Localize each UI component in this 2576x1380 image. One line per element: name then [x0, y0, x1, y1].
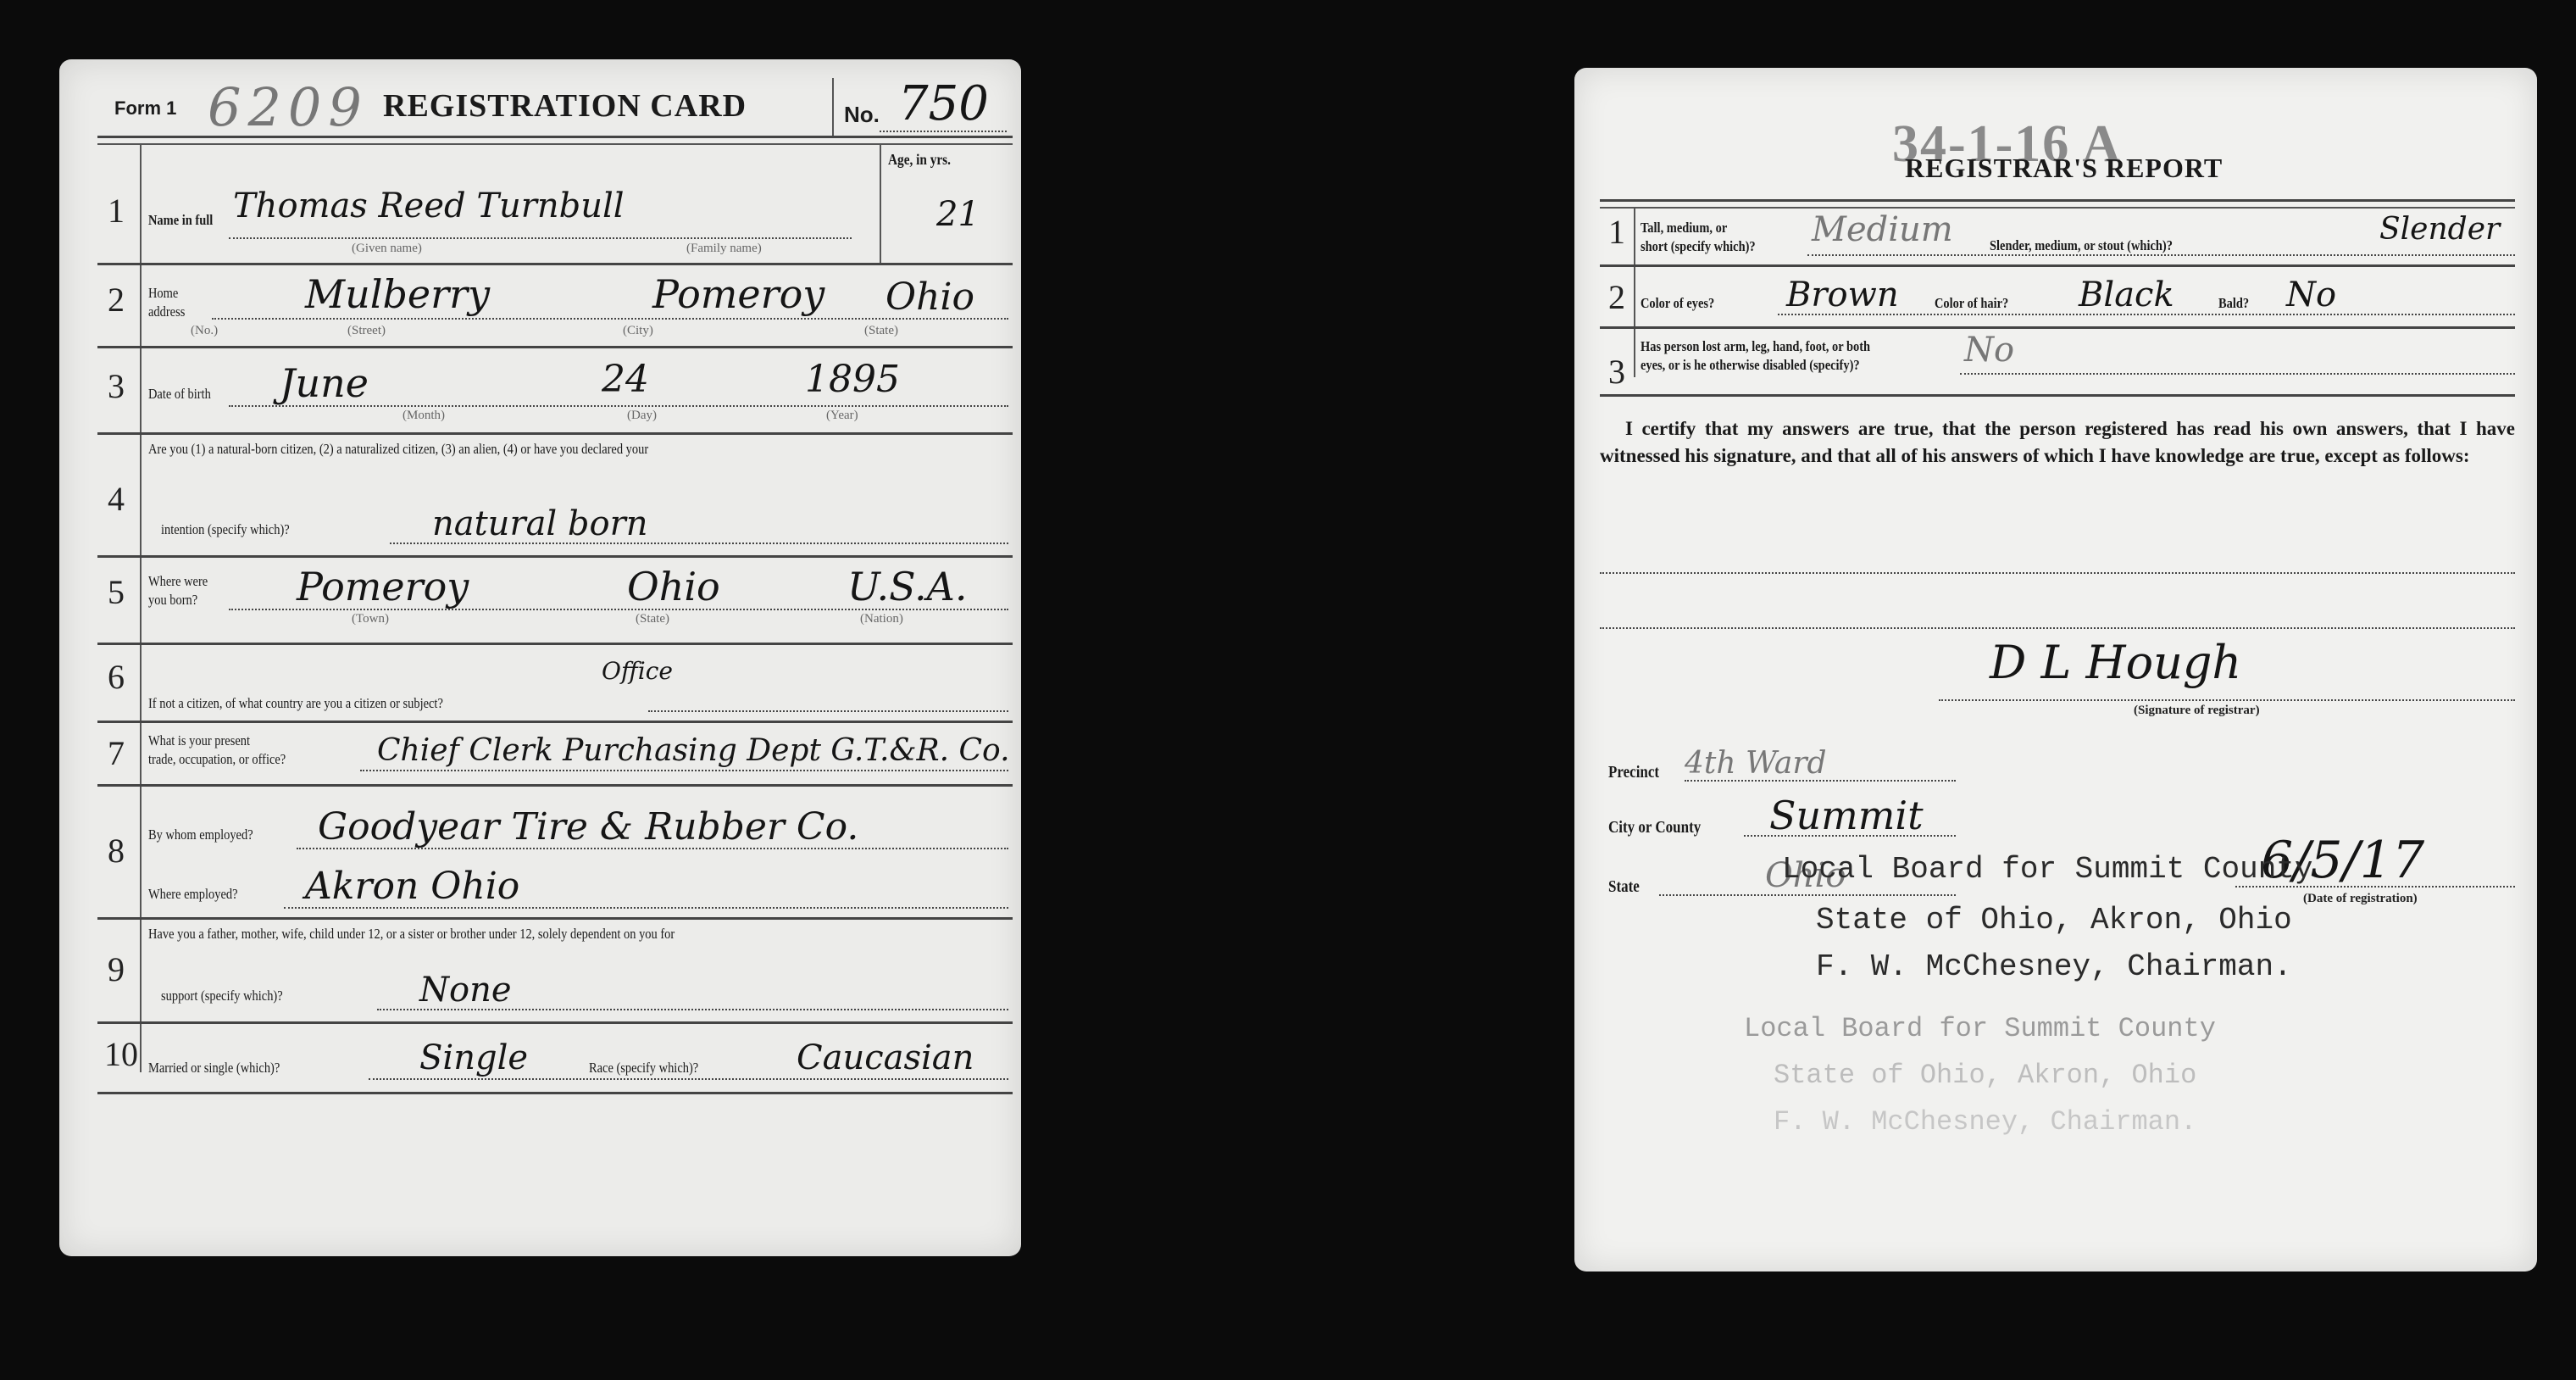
registrars-report-card: 34-1-16 A REGISTRAR'S REPORT 1 Tall, med…: [1574, 68, 2537, 1271]
bald-value: No: [2286, 275, 2336, 314]
precinct-value: 4th Ward: [1685, 746, 1827, 781]
bald-label: Bald?: [2218, 295, 2249, 312]
faint-stamp-line-3: F. W. McChesney, Chairman.: [1774, 1106, 2196, 1138]
eye-color-label: Color of eyes?: [1641, 295, 1714, 312]
hair-color-value: Black: [2079, 275, 2174, 314]
row-number: 1: [1608, 212, 1625, 252]
registrar-caption: (Signature of registrar): [2134, 704, 2260, 718]
board-stamp-line-2: State of Ohio, Akron, Ohio: [1816, 903, 2292, 938]
faint-stamp-line-2: State of Ohio, Akron, Ohio: [1774, 1060, 2196, 1091]
board-stamp-line-1: Local Board for Summit County: [1782, 852, 2313, 887]
board-stamp-line-3: F. W. McChesney, Chairman.: [1816, 949, 2292, 984]
front-card-lower-section: [59, 59, 1021, 1256]
precinct-label: Precinct: [1608, 763, 1659, 782]
report-title: REGISTRAR'S REPORT: [1905, 153, 2223, 184]
city-county-value: Summit: [1769, 793, 1924, 838]
state-label: State: [1608, 877, 1640, 897]
eye-color-value: Brown: [1786, 275, 1899, 314]
build-label: Slender, medium, or stout (which)?: [1990, 237, 2173, 254]
registrar-signature: D L Hough: [1990, 636, 2241, 689]
faint-stamp-line-1: Local Board for Summit County: [1744, 1013, 2216, 1044]
height-label: Tall, medium, orshort (specify which)?: [1641, 219, 1756, 256]
disability-label: Has person lost arm, leg, hand, foot, or…: [1641, 337, 1870, 375]
disability-value: No: [1964, 331, 2014, 370]
city-county-label: City or County: [1608, 818, 1701, 837]
row-number: 2: [1608, 277, 1625, 317]
build-value: Slender: [2379, 212, 2500, 247]
hair-color-label: Color of hair?: [1935, 295, 2008, 312]
height-value: Medium: [1812, 210, 1953, 249]
certification-text: I certify that my answers are true, that…: [1600, 415, 2515, 470]
date-caption: (Date of registration): [2303, 892, 2418, 906]
row-number: 3: [1608, 352, 1625, 392]
